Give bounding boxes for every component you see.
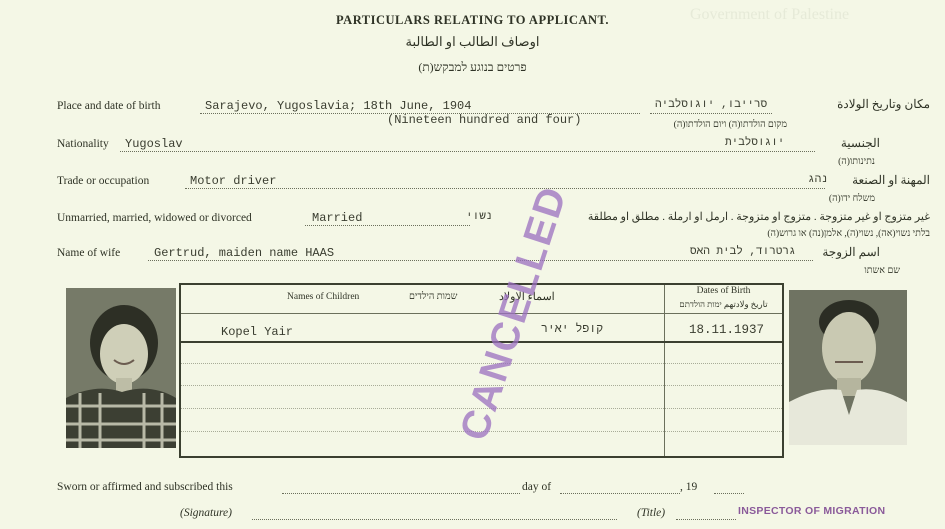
sworn-label: Sworn or affirmed and subscribed this — [57, 481, 233, 493]
form-title-hebrew: פרטים בנוגע למבקש(ת) — [0, 60, 945, 75]
wife-hebrew-label: שם אשתו — [864, 266, 900, 276]
marital-hebrew-value[interactable]: נשוי — [466, 211, 492, 223]
header-names-he: שמות הילדים — [409, 292, 457, 302]
occupation-hebrew-label: משלח ידו(ה) — [829, 194, 875, 204]
header-dob-en: Dates of Birth — [665, 286, 782, 296]
header-names-en: Names of Children — [287, 292, 359, 302]
marital-hebrew-label: בלתי נשוי(אה), נשוי(ה), אלמן(נה) או גרוש… — [767, 229, 930, 239]
title-value-stamp[interactable]: INSPECTOR OF MIGRATION — [738, 505, 885, 517]
wife-photo — [66, 288, 176, 448]
man-portrait-icon — [789, 290, 907, 445]
nationality-arabic-label: الجنسية — [841, 136, 880, 151]
nationality-value[interactable]: Yugoslav — [123, 137, 185, 151]
applicant-photo — [789, 290, 907, 445]
occupation-dotted-line — [185, 188, 825, 189]
birth-value-words[interactable]: (Nineteen hundred and four) — [387, 113, 581, 127]
form-title-arabic: اوصاف الطالب او الطالبة — [0, 34, 945, 50]
sworn-year-dotted-line[interactable] — [714, 493, 744, 494]
marital-arabic-label: غير متزوج او غير متزوجة . متزوج او متزوج… — [588, 210, 930, 223]
title-label: (Title) — [637, 507, 665, 519]
form-title: PARTICULARS RELATING TO APPLICANT. — [0, 13, 945, 28]
marital-value[interactable]: Married — [310, 211, 364, 225]
header-dob-ar-he: تاريخ ولادتهم ימות הולדתם — [665, 299, 782, 310]
signature-dotted-line[interactable] — [252, 519, 617, 520]
child-dob[interactable]: 18.11.1937 — [689, 323, 764, 337]
wife-value[interactable]: Gertrud, maiden name HAAS — [152, 246, 336, 260]
sworn-day-dotted-line[interactable] — [282, 493, 520, 494]
birth-hebrew-label: מקום הולדתו(ה) ויום הולדתו(ה) — [674, 120, 787, 130]
marital-dotted-line — [305, 225, 470, 226]
birth-arabic-label: مكان وتاريخ الولادة — [837, 97, 930, 112]
birth-label: Place and date of birth — [57, 100, 160, 112]
birth-hebrew-value[interactable]: סרייבו, יוגוסלביה — [655, 99, 770, 111]
year-prefix-label: , 19 — [680, 481, 697, 493]
title-dotted-line — [676, 519, 736, 520]
woman-portrait-icon — [66, 288, 176, 448]
day-of-label: day of — [522, 481, 551, 493]
nationality-dotted-line — [120, 151, 815, 152]
marital-label: Unmarried, married, widowed or divorced — [57, 212, 252, 224]
wife-label: Name of wife — [57, 247, 120, 259]
occupation-hebrew-value[interactable]: נהג — [808, 174, 828, 186]
nationality-hebrew-value[interactable]: יוגוסלבית — [725, 137, 784, 149]
table-row: Kopel Yair קופל יאיר 18.11.1937 — [181, 314, 782, 339]
nationality-hebrew-label: נתינותו(ה) — [838, 157, 875, 167]
occupation-arabic-label: المهنة او الصنعة — [852, 173, 930, 188]
birth-hebrew-dotted-line — [650, 113, 772, 114]
nationality-label: Nationality — [57, 138, 109, 150]
sworn-month-dotted-line[interactable] — [560, 493, 680, 494]
wife-arabic-label: اسم الزوجة — [822, 245, 880, 260]
occupation-value[interactable]: Motor driver — [188, 174, 278, 188]
child-name-hebrew[interactable]: קופל יאיר — [541, 323, 603, 336]
occupation-label: Trade or occupation — [57, 175, 149, 187]
child-name[interactable]: Kopel Yair — [221, 325, 293, 339]
birth-value[interactable]: Sarajevo, Yugoslavia; 18th June, 1904 — [203, 99, 473, 113]
wife-dotted-line — [148, 260, 813, 261]
wife-hebrew-value[interactable]: גרטרוד, לבית האס — [690, 246, 796, 258]
signature-label: (Signature) — [180, 507, 232, 519]
